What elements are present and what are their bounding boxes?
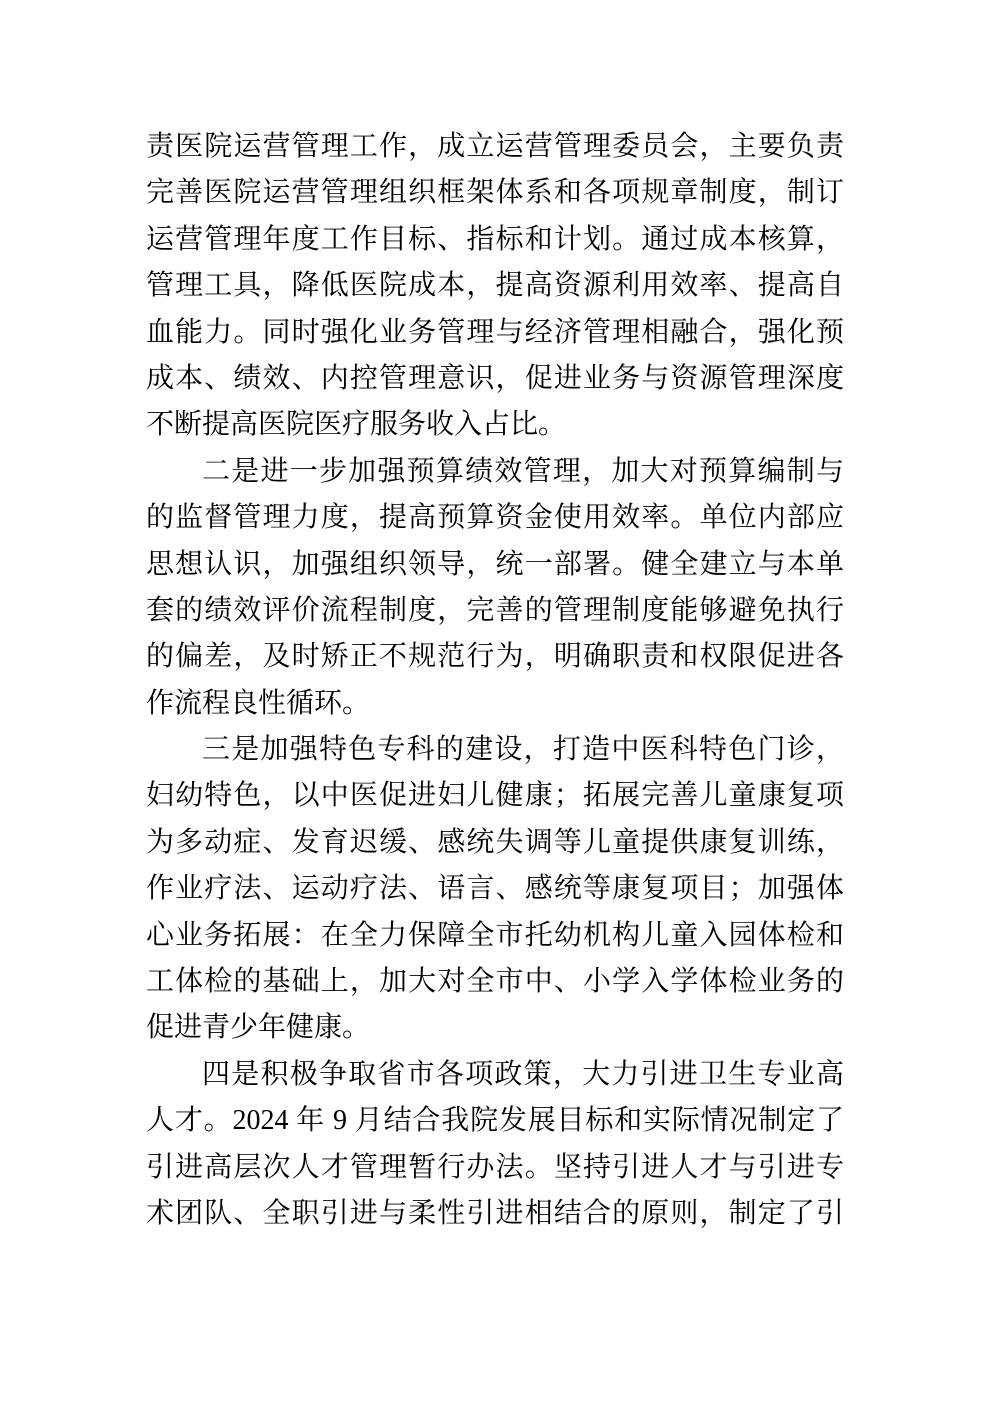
document-line: 三是加强特色专科的建设，打造中医科特色门诊，突出 [146, 727, 844, 773]
document-page: 责医院运营管理工作，成立运营管理委员会，主要负责建立完善医院运营管理组织框架体系… [0, 0, 992, 1403]
document-line: 套的绩效评价流程制度，完善的管理制度能够避免执行结果 [146, 588, 844, 634]
document-line: 促进青少年健康。 [146, 1005, 844, 1051]
document-line: 为多动症、发育迟缓、感统失调等儿童提供康复训练，开展 [146, 820, 844, 866]
document-line: 不断提高医院医疗服务收入占比。 [146, 402, 844, 448]
document-line: 四是积极争取省市各项政策，大力引进卫生专业高层次 [146, 1052, 844, 1098]
document-line: 妇幼特色，以中医促进妇儿健康；拓展完善儿童康复项目： [146, 773, 844, 819]
document-line: 责医院运营管理工作，成立运营管理委员会，主要负责建立 [146, 124, 844, 170]
document-line: 管理工具，降低医院成本，提高资源利用效率、提高自身造 [146, 263, 844, 309]
document-line: 成本、绩效、内控管理意识，促进业务与资源管理深度融合， [146, 356, 844, 402]
document-line: 思想认识，加强组织领导，统一部署。健全建立与本单位配 [146, 542, 844, 588]
document-line: 完善医院运营管理组织框架体系和各项规章制度，制订医院 [146, 170, 844, 216]
document-line: 血能力。同时强化业务管理与经济管理相融合，强化预算、 [146, 310, 844, 356]
document-text-block: 责医院运营管理工作，成立运营管理委员会，主要负责建立完善医院运营管理组织框架体系… [0, 0, 992, 1237]
document-line: 二是进一步加强预算绩效管理，加大对预算编制与执行 [146, 449, 844, 495]
document-line: 的偏差，及时矫正不规范行为，明确职责和权限促进各项工 [146, 634, 844, 680]
document-line: 人才。2024 年 9 月结合我院发展目标和实际情况制定了我院 [146, 1098, 844, 1144]
document-line: 术团队、全职引进与柔性引进相结合的原则，制定了引进对 [146, 1191, 844, 1237]
document-line: 作业疗法、运动疗法、语言、感统等康复项目；加强体检中 [146, 866, 844, 912]
document-line: 心业务拓展：在全力保障全市托幼机构儿童入园体检和教职 [146, 913, 844, 959]
document-line: 引进高层次人才管理暂行办法。坚持引进人才与引进专业技 [146, 1145, 844, 1191]
document-line: 作流程良性循环。 [146, 681, 844, 727]
document-line: 运营管理年度工作目标、指标和计划。通过成本核算，运营 [146, 217, 844, 263]
document-line: 的监督管理力度，提高预算资金使用效率。单位内部应提高 [146, 495, 844, 541]
document-line: 工体检的基础上，加大对全市中、小学入学体检业务的拓展， [146, 959, 844, 1005]
